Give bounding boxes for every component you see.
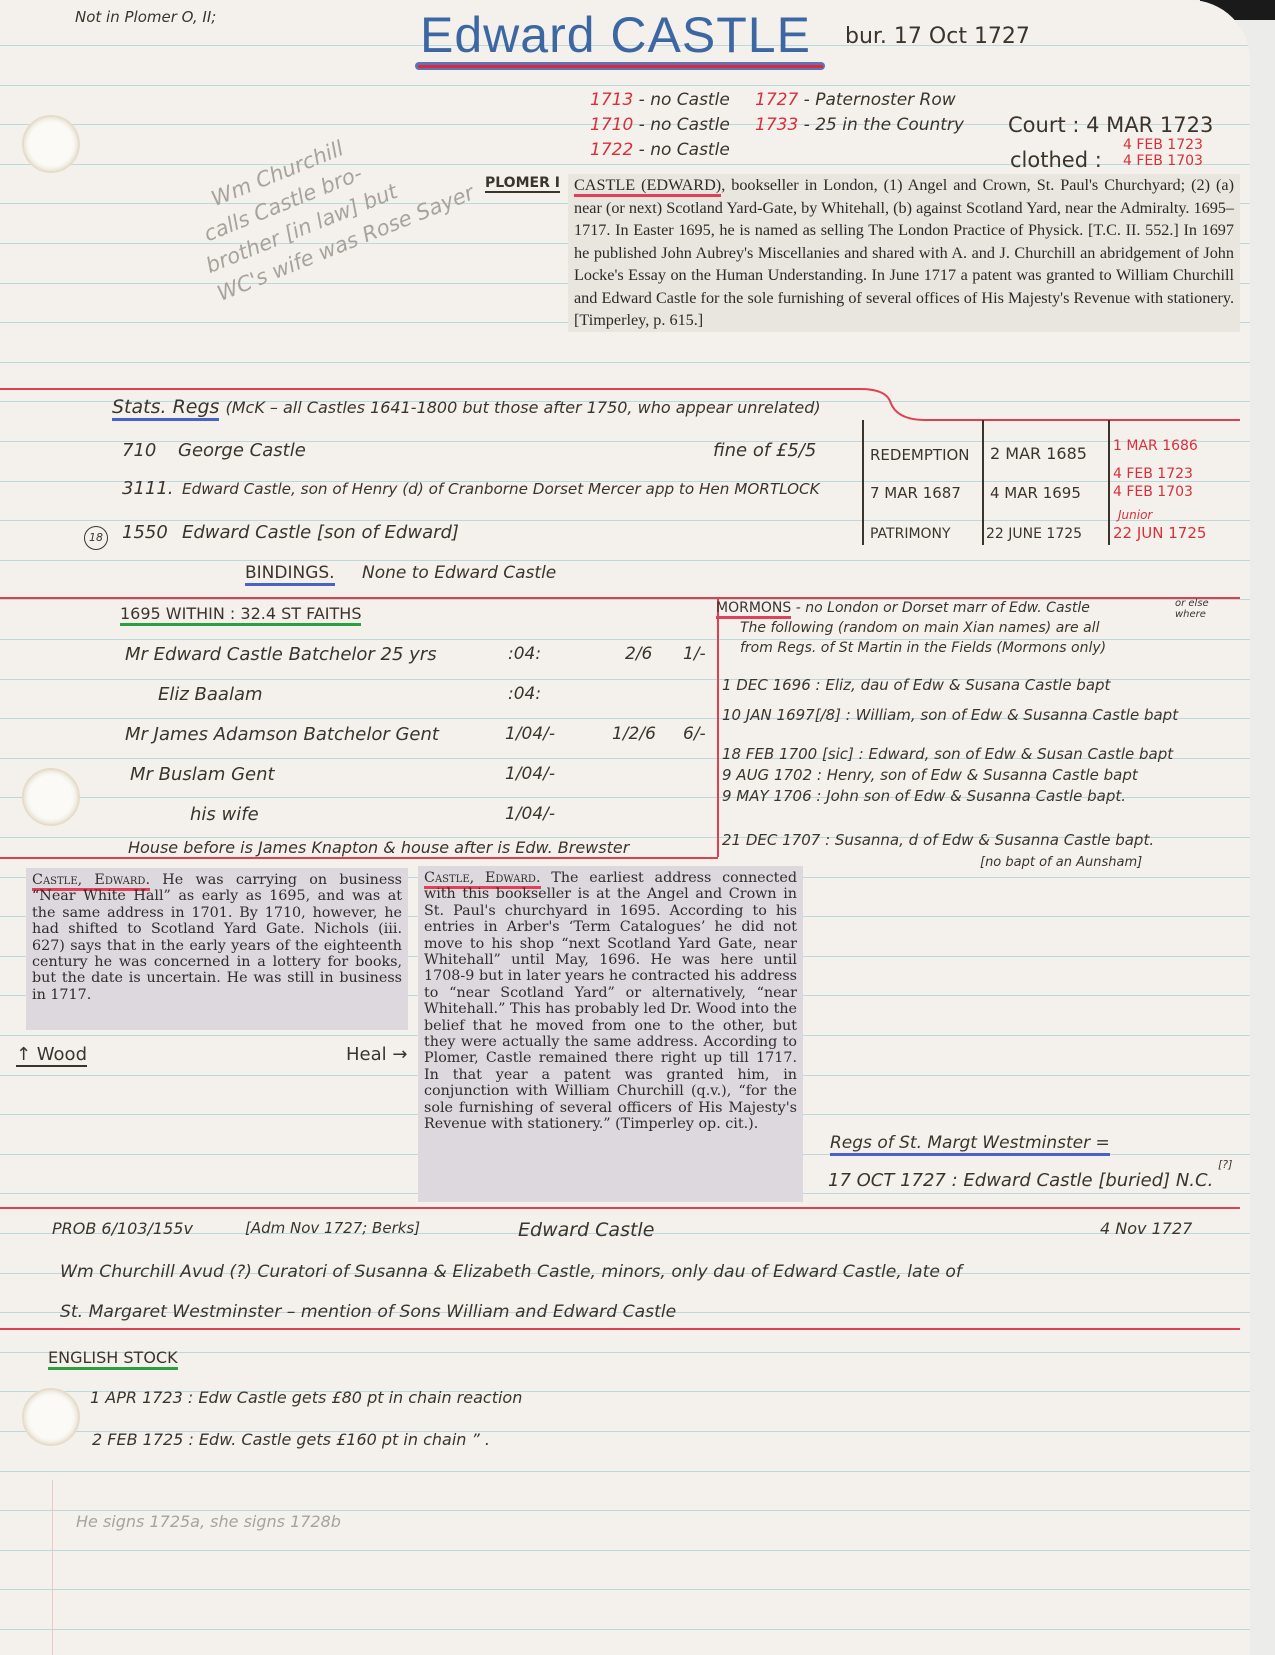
- punch-hole: [22, 115, 80, 173]
- pencil-note: Wm Churchill calls Castle bro- brother […: [180, 97, 471, 289]
- plomer-label: PLOMER I: [485, 175, 560, 193]
- st-margaret-heading: Regs of St. Margt Westminster =: [830, 1133, 1110, 1153]
- section-divider: [0, 857, 718, 859]
- page-title: Edward CASTLE: [420, 6, 811, 64]
- wood-label: ↑ Wood: [16, 1044, 87, 1065]
- burial-date: bur. 17 Oct 1727: [845, 24, 1030, 49]
- english-stock-entry: 1 APR 1723 : Edw Castle gets £80 pt in c…: [90, 1388, 522, 1407]
- heal-clipping: Castle, Edward. The earliest address con…: [418, 866, 803, 1202]
- punch-hole: [22, 1388, 80, 1446]
- wood-clipping: Castle, Edward. He was carrying on busin…: [26, 868, 408, 1030]
- title-underline-red: [418, 65, 823, 68]
- plomer-heading: CASTLE (EDWARD): [574, 176, 721, 197]
- section-divider: [0, 1328, 1240, 1330]
- clothed-date-2: 4 FEB 1703: [1123, 153, 1203, 169]
- heal-label: Heal →: [346, 1044, 407, 1065]
- box-border: [717, 597, 719, 857]
- section-divider: [0, 1207, 1240, 1209]
- clothed-date-1: 4 FEB 1723: [1123, 137, 1203, 153]
- corner-note: Not in Plomer O, II;: [75, 8, 216, 26]
- court-date: Court : 4 MAR 1723: [1008, 113, 1213, 137]
- stats-regs-heading: Stats. Regs (McK – all Castles 1641-1800…: [112, 396, 821, 418]
- st-margaret-query: [?]: [1218, 1158, 1232, 1171]
- clothed-label: clothed :: [1010, 148, 1102, 172]
- punch-hole: [22, 768, 80, 826]
- section-divider: [0, 597, 1240, 599]
- margin-line: [52, 1480, 53, 1655]
- bottom-pencil-note: He signs 1725a, she signs 1728b: [76, 1512, 341, 1531]
- bindings-text: None to Edward Castle: [362, 563, 556, 583]
- st-margaret-entry: 17 OCT 1727 : Edward Castle [buried] N.C…: [828, 1170, 1213, 1191]
- english-stock-heading: ENGLISH STOCK: [48, 1348, 178, 1367]
- index-card: Not in Plomer O, II; Edward CASTLE bur. …: [0, 0, 1250, 1655]
- english-stock-entry: 2 FEB 1725 : Edw. Castle gets £160 pt in…: [92, 1430, 490, 1449]
- plomer-body: , bookseller in London, (1) Angel and Cr…: [574, 176, 1234, 329]
- circle-mark: 18: [84, 526, 108, 550]
- bindings-label: BINDINGS.: [245, 563, 335, 583]
- plomer-clipping: CASTLE (EDWARD), bookseller in London, (…: [568, 174, 1240, 332]
